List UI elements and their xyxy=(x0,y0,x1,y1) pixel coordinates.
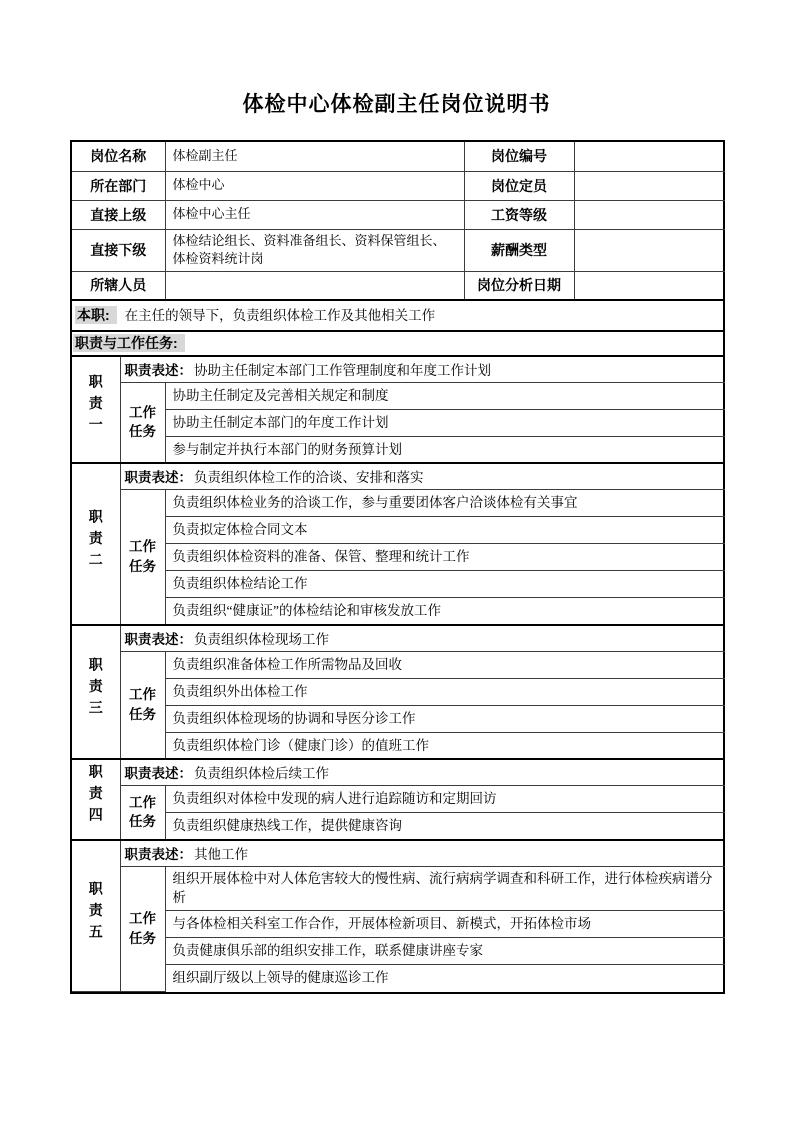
duty-statement-label: 职责表述： xyxy=(125,470,193,485)
task-row: 工作任务 协助主任制定及完善相关规定和制度 xyxy=(72,382,725,409)
duty-3-tasks-label-cell: 工作任务 xyxy=(120,651,165,759)
main-duty-row: 本职:在主任的领导下，负责组织体检工作及其他相关工作 xyxy=(72,299,723,330)
task-row: 负责健康俱乐部的组织安排工作，联系健康讲座专家 xyxy=(72,937,725,964)
duty-3-statement: 负责组织体检现场工作 xyxy=(192,632,329,647)
duty-5-id: 职责五 xyxy=(89,881,103,946)
duty-2-id-cell: 职责二 xyxy=(72,463,120,625)
duty-5-statement: 其他工作 xyxy=(192,847,248,862)
task-row: 工作任务 负责组织对体检中发现的病人进行追踪随访和定期回访 xyxy=(72,786,725,813)
info-value-direct-subordinates: 体检结论组长、资料准备组长、资料保管组长、体检资料统计岗 xyxy=(165,229,464,272)
duty-5-tasks-label-cell: 工作任务 xyxy=(120,866,165,991)
duty-3-task-2: 负责组织外出体检工作 xyxy=(165,678,725,705)
info-row: 所辖人员 岗位分析日期 xyxy=(72,272,725,299)
duty-statement-row: 职责四 职责表述：负责组织体检后续工作 xyxy=(72,759,725,786)
duty-2-statement-cell: 职责表述：负责组织体检工作的洽谈、安排和落实 xyxy=(120,463,725,490)
info-label-personnel: 所辖人员 xyxy=(72,272,165,299)
info-label-salary-grade: 工资等级 xyxy=(464,200,574,229)
duty-1-task-1: 协助主任制定及完善相关规定和制度 xyxy=(165,382,725,409)
duty-statement-label: 职责表述： xyxy=(125,632,193,647)
info-value-headcount xyxy=(574,171,725,200)
info-label-analysis-date: 岗位分析日期 xyxy=(464,272,574,299)
tasks-label: 工作任务 xyxy=(128,537,157,576)
task-row: 负责组织外出体检工作 xyxy=(72,678,725,705)
duty-2-task-1: 负责组织体检业务的洽谈工作，参与重要团体客户洽谈体检有关事宜 xyxy=(165,490,725,517)
info-label-direct-subordinates: 直接下级 xyxy=(72,229,165,272)
duty-1-task-2: 协助主任制定本部门的年度工作计划 xyxy=(165,409,725,436)
document-page: 体检中心体检副主任岗位说明书 岗位名称 体检副主任 岗位编号 所在部门 体检中心… xyxy=(0,0,793,1122)
task-row: 工作任务 负责组织体检业务的洽谈工作，参与重要团体客户洽谈体检有关事宜 xyxy=(72,490,725,517)
info-value-pay-type xyxy=(574,229,725,272)
duty-4-task-2: 负责组织健康热线工作，提供健康咨询 xyxy=(165,813,725,840)
duty-3-id: 职责三 xyxy=(89,657,103,722)
task-row: 负责组织健康热线工作，提供健康咨询 xyxy=(72,813,725,840)
info-value-personnel xyxy=(165,272,464,299)
duty-3-statement-cell: 职责表述：负责组织体检现场工作 xyxy=(120,625,725,652)
info-row: 岗位名称 体检副主任 岗位编号 xyxy=(72,142,725,171)
info-value-salary-grade xyxy=(574,200,725,229)
duty-2-task-3: 负责组织体检资料的准备、保管、整理和统计工作 xyxy=(165,544,725,571)
tasks-label: 工作任务 xyxy=(128,685,157,724)
info-label-position-name: 岗位名称 xyxy=(72,142,165,171)
duty-statement-row: 职责五 职责表述：其他工作 xyxy=(72,840,725,867)
info-row: 所在部门 体检中心 岗位定员 xyxy=(72,171,725,200)
duty-4-id-cell: 职责四 xyxy=(72,759,120,840)
info-label-direct-superior: 直接上级 xyxy=(72,200,165,229)
duty-5-task-4: 组织副厅级以上领导的健康巡诊工作 xyxy=(165,964,725,991)
duty-statement-label: 职责表述： xyxy=(125,766,193,781)
tasks-label: 工作任务 xyxy=(128,403,157,442)
duty-2-id: 职责二 xyxy=(89,509,103,574)
duty-2-task-4: 负责组织体检结论工作 xyxy=(165,571,725,598)
duty-3-id-cell: 职责三 xyxy=(72,625,120,760)
duty-statement-row: 职责一 职责表述：协助主任制定本部门工作管理制度和年度工作计划 xyxy=(72,356,725,383)
duty-statement-label: 职责表述： xyxy=(125,847,193,862)
info-row: 直接下级 体检结论组长、资料准备组长、资料保管组长、体检资料统计岗 薪酬类型 xyxy=(72,229,725,272)
duty-2-task-2: 负责拟定体检合同文本 xyxy=(165,517,725,544)
info-value-department: 体检中心 xyxy=(165,171,464,200)
info-label-position-number: 岗位编号 xyxy=(464,142,574,171)
duty-statement-row: 职责三 职责表述：负责组织体检现场工作 xyxy=(72,625,725,652)
task-row: 组织副厅级以上领导的健康巡诊工作 xyxy=(72,964,725,991)
task-row: 负责组织体检资料的准备、保管、整理和统计工作 xyxy=(72,544,725,571)
task-row: 负责组织“健康证”的体检结论和审核发放工作 xyxy=(72,598,725,625)
duties-table: 职责一 职责表述：协助主任制定本部门工作管理制度和年度工作计划 工作任务 协助主… xyxy=(72,355,725,992)
main-duty-text: 在主任的领导下，负责组织体检工作及其他相关工作 xyxy=(117,308,436,323)
duty-3-task-4: 负责组织体检门诊（健康门诊）的值班工作 xyxy=(165,732,725,759)
info-label-pay-type: 薪酬类型 xyxy=(464,229,574,272)
info-label-department: 所在部门 xyxy=(72,171,165,200)
task-row: 负责拟定体检合同文本 xyxy=(72,517,725,544)
task-row: 与各体检相关科室工作合作，开展体检新项目、新模式，开拓体检市场 xyxy=(72,910,725,937)
task-row: 负责组织体检现场的协调和导医分诊工作 xyxy=(72,705,725,732)
main-duty-label: 本职: xyxy=(75,306,117,324)
basic-info-table: 岗位名称 体检副主任 岗位编号 所在部门 体检中心 岗位定员 直接上级 体检中心… xyxy=(72,142,725,299)
duty-4-tasks-label-cell: 工作任务 xyxy=(120,786,165,840)
duty-4-task-1: 负责组织对体检中发现的病人进行追踪随访和定期回访 xyxy=(165,786,725,813)
duty-1-tasks-label-cell: 工作任务 xyxy=(120,382,165,463)
task-row: 负责组织体检结论工作 xyxy=(72,571,725,598)
task-row: 工作任务 组织开展体检中对人体危害较大的慢性病、流行病病学调查和科研工作，进行体… xyxy=(72,866,725,910)
duties-section-title: 职责与工作任务: xyxy=(73,334,185,352)
info-row: 直接上级 体检中心主任 工资等级 xyxy=(72,200,725,229)
info-label-headcount: 岗位定员 xyxy=(464,171,574,200)
duty-1-id: 职责一 xyxy=(89,374,103,439)
task-row: 协助主任制定本部门的年度工作计划 xyxy=(72,409,725,436)
duty-statement-row: 职责二 职责表述：负责组织体检工作的洽谈、安排和落实 xyxy=(72,463,725,490)
duty-3-task-3: 负责组织体检现场的协调和导医分诊工作 xyxy=(165,705,725,732)
tasks-label: 工作任务 xyxy=(128,793,157,832)
info-value-position-name: 体检副主任 xyxy=(165,142,464,171)
info-value-analysis-date xyxy=(574,272,725,299)
duty-5-id-cell: 职责五 xyxy=(72,840,120,992)
duty-3-task-1: 负责组织准备体检工作所需物品及回收 xyxy=(165,651,725,678)
task-row: 负责组织体检门诊（健康门诊）的值班工作 xyxy=(72,732,725,759)
duty-1-statement-cell: 职责表述：协助主任制定本部门工作管理制度和年度工作计划 xyxy=(120,356,725,383)
duty-4-statement: 负责组织体检后续工作 xyxy=(192,766,329,781)
duty-5-task-2: 与各体检相关科室工作合作，开展体检新项目、新模式，开拓体检市场 xyxy=(165,910,725,937)
duty-4-statement-cell: 职责表述：负责组织体检后续工作 xyxy=(120,759,725,786)
task-row: 参与制定并执行本部门的财务预算计划 xyxy=(72,436,725,463)
page-title: 体检中心体检副主任岗位说明书 xyxy=(0,88,793,118)
duty-4-id: 职责四 xyxy=(89,764,103,829)
duty-5-task-3: 负责健康俱乐部的组织安排工作，联系健康讲座专家 xyxy=(165,937,725,964)
duty-5-task-1: 组织开展体检中对人体危害较大的慢性病、流行病病学调查和科研工作，进行体检疾病谱分… xyxy=(165,866,725,910)
duty-1-task-3: 参与制定并执行本部门的财务预算计划 xyxy=(165,436,725,463)
task-row: 工作任务 负责组织准备体检工作所需物品及回收 xyxy=(72,651,725,678)
duty-5-statement-cell: 职责表述：其他工作 xyxy=(120,840,725,867)
duty-1-statement: 协助主任制定本部门工作管理制度和年度工作计划 xyxy=(192,363,491,378)
duty-2-statement: 负责组织体检工作的洽谈、安排和落实 xyxy=(192,470,424,485)
duty-2-tasks-label-cell: 工作任务 xyxy=(120,490,165,625)
info-value-direct-superior: 体检中心主任 xyxy=(165,200,464,229)
duties-section-header: 职责与工作任务: xyxy=(72,330,723,355)
duty-statement-label: 职责表述： xyxy=(125,363,193,378)
tasks-label: 工作任务 xyxy=(128,909,157,948)
duty-1-id-cell: 职责一 xyxy=(72,356,120,464)
duty-2-task-5: 负责组织“健康证”的体检结论和审核发放工作 xyxy=(165,598,725,625)
job-description-table: 岗位名称 体检副主任 岗位编号 所在部门 体检中心 岗位定员 直接上级 体检中心… xyxy=(70,140,725,994)
info-value-position-number xyxy=(574,142,725,171)
